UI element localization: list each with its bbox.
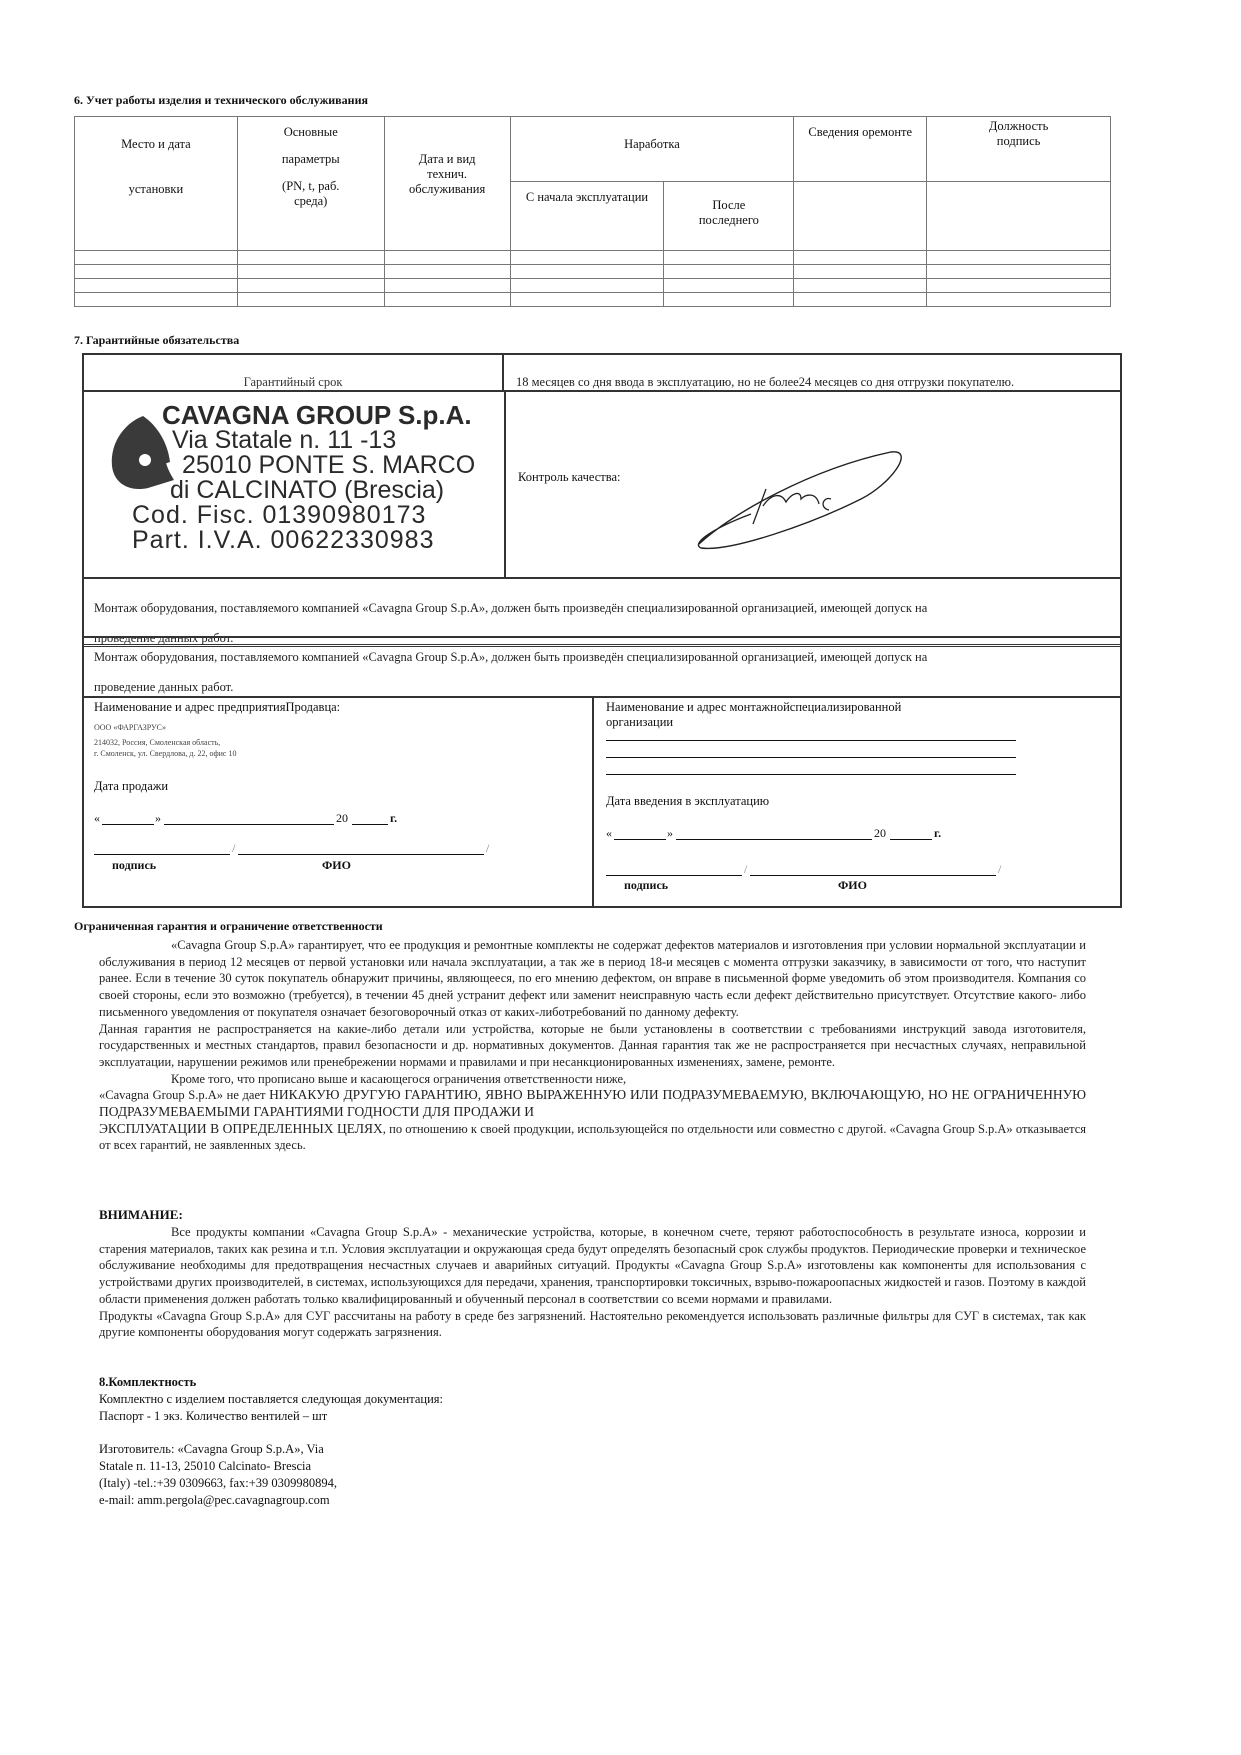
limited-warranty-title: Ограниченная гарантия и ограничение отве…: [74, 919, 383, 934]
table-row: [75, 265, 1111, 279]
attention-text: Все продукты компании «Cavagna Group S.p…: [99, 1224, 1086, 1341]
table-cell[interactable]: [237, 279, 384, 293]
installer-label-2: организации: [606, 715, 673, 730]
mounting-notice-2: Монтаж оборудования, поставляемого компа…: [84, 638, 1120, 696]
header-repair: Сведения оремонте: [794, 117, 927, 182]
table-cell[interactable]: [510, 251, 664, 265]
table-cell[interactable]: [75, 279, 238, 293]
installer-label-1: Наименование и адрес монтажнойспециализи…: [606, 700, 901, 715]
table-cell[interactable]: [927, 293, 1111, 307]
installer-section: Наименование и адрес монтажнойспециализи…: [594, 698, 1120, 906]
sale-date-label: Дата продажи: [94, 779, 168, 794]
table-row: [75, 279, 1111, 293]
seller-address-1: 214032, Россия, Смоленская область,: [94, 737, 220, 748]
maintenance-log-table: Место и дата установки Основные параметр…: [74, 116, 1111, 307]
table-row: [75, 293, 1111, 307]
table-cell[interactable]: [384, 265, 510, 279]
sale-month-field[interactable]: [164, 824, 334, 825]
header-text: С начала эксплуатации: [511, 190, 664, 205]
quote-close: »: [155, 811, 161, 826]
commission-year-field[interactable]: [890, 839, 932, 840]
seller-label: Наименование и адрес предприятияПродавца…: [94, 700, 340, 715]
stamp-company-name: CAVAGNA GROUP S.p.A.: [162, 402, 475, 428]
header-text: (PN, t, раб.: [238, 179, 384, 194]
table-cell[interactable]: [384, 293, 510, 307]
attention-paragraph-1: Все продукты компании «Cavagna Group S.p…: [99, 1224, 1086, 1308]
header-text: подпись: [927, 134, 1110, 149]
table-cell[interactable]: [664, 293, 794, 307]
header-place-date: Место и дата установки: [75, 117, 238, 251]
table-cell[interactable]: [384, 251, 510, 265]
stamp-street: Via Statale n. 11 -13: [172, 428, 475, 453]
slash: /: [486, 841, 489, 856]
name-caption: ФИО: [838, 878, 867, 893]
limited-warranty-text: «Cavagna Group S.p.A» гарантирует, что е…: [99, 937, 1086, 1154]
header-text: Основные: [238, 125, 384, 140]
installer-name-field[interactable]: [750, 875, 996, 876]
header-text: После: [664, 198, 793, 213]
table-cell[interactable]: [664, 251, 794, 265]
quality-control-label: Контроль качества:: [518, 470, 621, 485]
header-text: технич.: [385, 167, 510, 182]
repair-cell[interactable]: [794, 182, 927, 251]
manufacturer-line-2: Statale п. 11-13, 25010 Calcinato- Bresc…: [99, 1458, 311, 1475]
table-cell[interactable]: [237, 293, 384, 307]
table-cell[interactable]: [510, 279, 664, 293]
warranty-period-label: Гарантийный срок: [84, 355, 504, 390]
manufacturer-line-1: Изготовитель: «Cavagna Group S.p.A», Via: [99, 1441, 324, 1458]
seller-company: ООО «ФАРГАЗРУС»: [94, 722, 166, 733]
table-cell[interactable]: [75, 251, 238, 265]
header-after-last: После последнего: [664, 182, 794, 251]
stamp-tax-code: Cod. Fisc. 01390980173: [132, 503, 475, 528]
table-row: [75, 251, 1111, 265]
stamp-city: 25010 PONTE S. MARCO: [182, 453, 475, 478]
installer-info-line-3[interactable]: [606, 774, 1016, 775]
warranty-paragraph-4: «Cavagna Group S.p.A» не дает НИКАКУЮ ДР…: [99, 1087, 1086, 1154]
section6-title: 6. Учет работы изделия и технического об…: [74, 93, 368, 108]
table-cell[interactable]: [794, 265, 927, 279]
seller-installer-box: Монтаж оборудования, поставляемого компа…: [82, 636, 1122, 908]
signature-cell[interactable]: [927, 182, 1111, 251]
installer-info-line-2[interactable]: [606, 757, 1016, 758]
section7-title: 7. Гарантийные обязательства: [74, 333, 239, 348]
header-position-signature: Должность подпись: [927, 117, 1111, 182]
quote-close: »: [667, 826, 673, 841]
seller-name-field[interactable]: [238, 854, 484, 855]
attention-paragraph-2: Продукты «Cavagna Group S.p.A» для СУГ р…: [99, 1308, 1086, 1341]
seller-address-2: г. Смоленск, ул. Свердлова, д. 22, офис …: [94, 748, 236, 759]
table-cell[interactable]: [794, 293, 927, 307]
manufacturer-line-3: (Italy) -tel.:+39 0309663, fax:+39 03099…: [99, 1475, 337, 1492]
seller-section: Наименование и адрес предприятияПродавца…: [84, 698, 594, 906]
table-cell[interactable]: [927, 279, 1111, 293]
header-service: Дата и вид технич. обслуживания: [384, 117, 510, 251]
table-cell[interactable]: [237, 251, 384, 265]
header-since-start: С начала эксплуатации: [510, 182, 664, 251]
year-suffix: г.: [390, 811, 397, 826]
completeness-line-1: Комплектно с изделием поставляется следу…: [99, 1391, 443, 1408]
slash: /: [232, 841, 235, 856]
header-text: обслуживания: [385, 182, 510, 197]
commission-month-field[interactable]: [676, 839, 872, 840]
header-text: Место и дата: [75, 137, 237, 152]
commission-day-field[interactable]: [614, 839, 666, 840]
table-cell[interactable]: [664, 265, 794, 279]
table-cell[interactable]: [794, 251, 927, 265]
header-text: параметры: [238, 152, 384, 167]
table-cell[interactable]: [927, 265, 1111, 279]
warranty-paragraph-3: Кроме того, что прописано выше и касающе…: [99, 1071, 1086, 1088]
header-parameters: Основные параметры (PN, t, раб. среда): [237, 117, 384, 251]
completeness-line-2: Паспорт - 1 экз. Количество вентилей – ш…: [99, 1408, 327, 1425]
seller-signature-field[interactable]: [94, 854, 230, 855]
signature-icon: [691, 444, 921, 554]
header-text: последнего: [664, 213, 793, 228]
name-caption: ФИО: [322, 858, 351, 873]
header-text: среда): [238, 194, 384, 209]
table-cell[interactable]: [75, 265, 238, 279]
warranty-box: Гарантийный срок 18 месяцев со дня ввода…: [82, 353, 1122, 647]
table-cell[interactable]: [927, 251, 1111, 265]
signature-caption: подпись: [112, 858, 156, 873]
header-text: установки: [75, 182, 237, 197]
slash: /: [998, 862, 1001, 877]
stamp-vat: Part. I.V.A. 00622330983: [132, 528, 475, 553]
table-cell[interactable]: [510, 293, 664, 307]
sale-year-field[interactable]: [352, 824, 388, 825]
year-suffix: г.: [934, 826, 941, 841]
installer-info-line-1[interactable]: [606, 740, 1016, 741]
warranty-paragraph-1: «Cavagna Group S.p.A» гарантирует, что е…: [99, 937, 1086, 1021]
manufacturer-email[interactable]: e-mail: amm.pergola@pec.cavagnagroup.com: [99, 1492, 330, 1509]
table-cell[interactable]: [75, 293, 238, 307]
table-cell[interactable]: [510, 265, 664, 279]
installer-signature-field[interactable]: [606, 875, 742, 876]
header-text: Сведения оремонте: [794, 125, 926, 140]
signature-caption: подпись: [624, 878, 668, 893]
table-cell[interactable]: [664, 279, 794, 293]
company-stamp: CAVAGNA GROUP S.p.A. Via Statale n. 11 -…: [84, 392, 506, 577]
header-text: Дата и вид: [385, 152, 510, 167]
quote-open: «: [606, 826, 612, 841]
slash: /: [744, 862, 747, 877]
quote-open: «: [94, 811, 100, 826]
mounting-text: Монтаж оборудования, поставляемого компа…: [94, 642, 1120, 672]
sale-day-field[interactable]: [102, 824, 154, 825]
attention-title: ВНИМАНИЕ:: [99, 1207, 183, 1223]
para4-start: «Cavagna Group S.p.A» не дает: [99, 1088, 269, 1102]
table-cell[interactable]: [237, 265, 384, 279]
para4-caps: ЭКСПЛУАТАЦИИ В ОПРЕДЕЛЕННЫХ ЦЕЛЯХ: [99, 1121, 383, 1136]
warranty-paragraph-2: Данная гарантия не распространяется на к…: [99, 1021, 1086, 1071]
year-prefix: 20: [336, 811, 348, 826]
year-prefix: 20: [874, 826, 886, 841]
table-cell[interactable]: [794, 279, 927, 293]
commission-date-label: Дата введения в эксплуатацию: [606, 794, 769, 809]
warranty-period-value: 18 месяцев со дня ввода в эксплуатацию, …: [504, 355, 1120, 390]
mounting-text: Монтаж оборудования, поставляемого компа…: [94, 593, 1120, 623]
header-text: Должность: [927, 119, 1110, 134]
section8-title: 8.Комплектность: [99, 1375, 196, 1390]
stamp-province: di CALCINATO (Brescia): [170, 478, 475, 503]
header-operating-time: Наработка: [510, 117, 794, 182]
header-text: Наработка: [511, 137, 794, 152]
table-cell[interactable]: [384, 279, 510, 293]
